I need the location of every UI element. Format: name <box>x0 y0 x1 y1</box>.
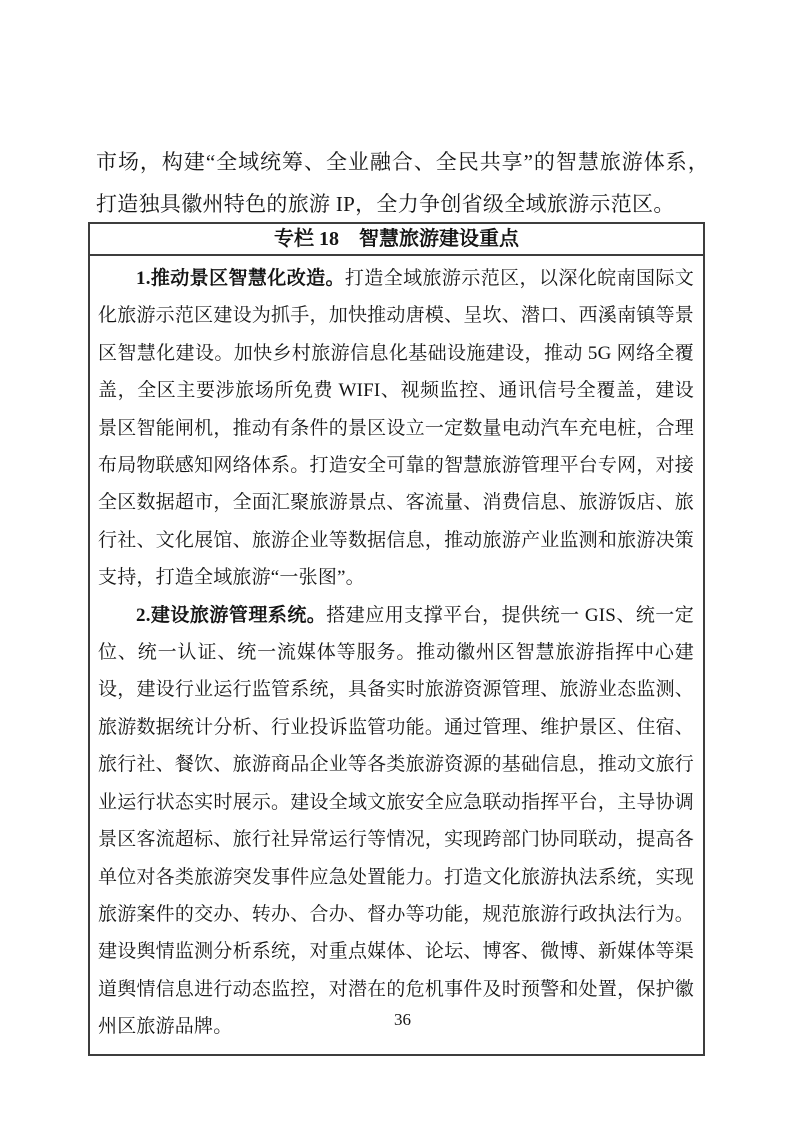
section-1-paragraph: 1.推动景区智慧化改造。打造全域旅游示范区，以深化皖南国际文化旅游示范区建设为抓… <box>98 260 694 597</box>
section-2-text: 搭建应用支撑平台，提供统一 GIS、统一定位、统一认证、统一流媒体等服务。推动徽… <box>98 605 694 1037</box>
column-panel-18: 专栏 18 智慧旅游建设重点 1.推动景区智慧化改造。打造全域旅游示范区，以深化… <box>88 222 705 1056</box>
section-2-paragraph: 2.建设旅游管理系统。搭建应用支撑平台，提供统一 GIS、统一定位、统一认证、统… <box>98 597 694 1046</box>
document-page: 市场，构建“全域统筹、全业融合、全民共享”的智慧旅游体系，打造独具徽州特色的旅游… <box>0 0 793 1122</box>
section-1-text: 打造全域旅游示范区，以深化皖南国际文化旅游示范区建设为抓手，加快推动唐模、呈坎、… <box>98 268 694 588</box>
page-number: 36 <box>96 1008 709 1032</box>
panel-title: 专栏 18 智慧旅游建设重点 <box>90 224 703 256</box>
section-1-heading: 1.推动景区智慧化改造。 <box>136 268 345 289</box>
intro-paragraph: 市场，构建“全域统筹、全业融合、全民共享”的智慧旅游体系，打造独具徽州特色的旅游… <box>96 141 709 225</box>
panel-body: 1.推动景区智慧化改造。打造全域旅游示范区，以深化皖南国际文化旅游示范区建设为抓… <box>90 256 703 1054</box>
section-2-heading: 2.建设旅游管理系统。 <box>136 605 326 626</box>
